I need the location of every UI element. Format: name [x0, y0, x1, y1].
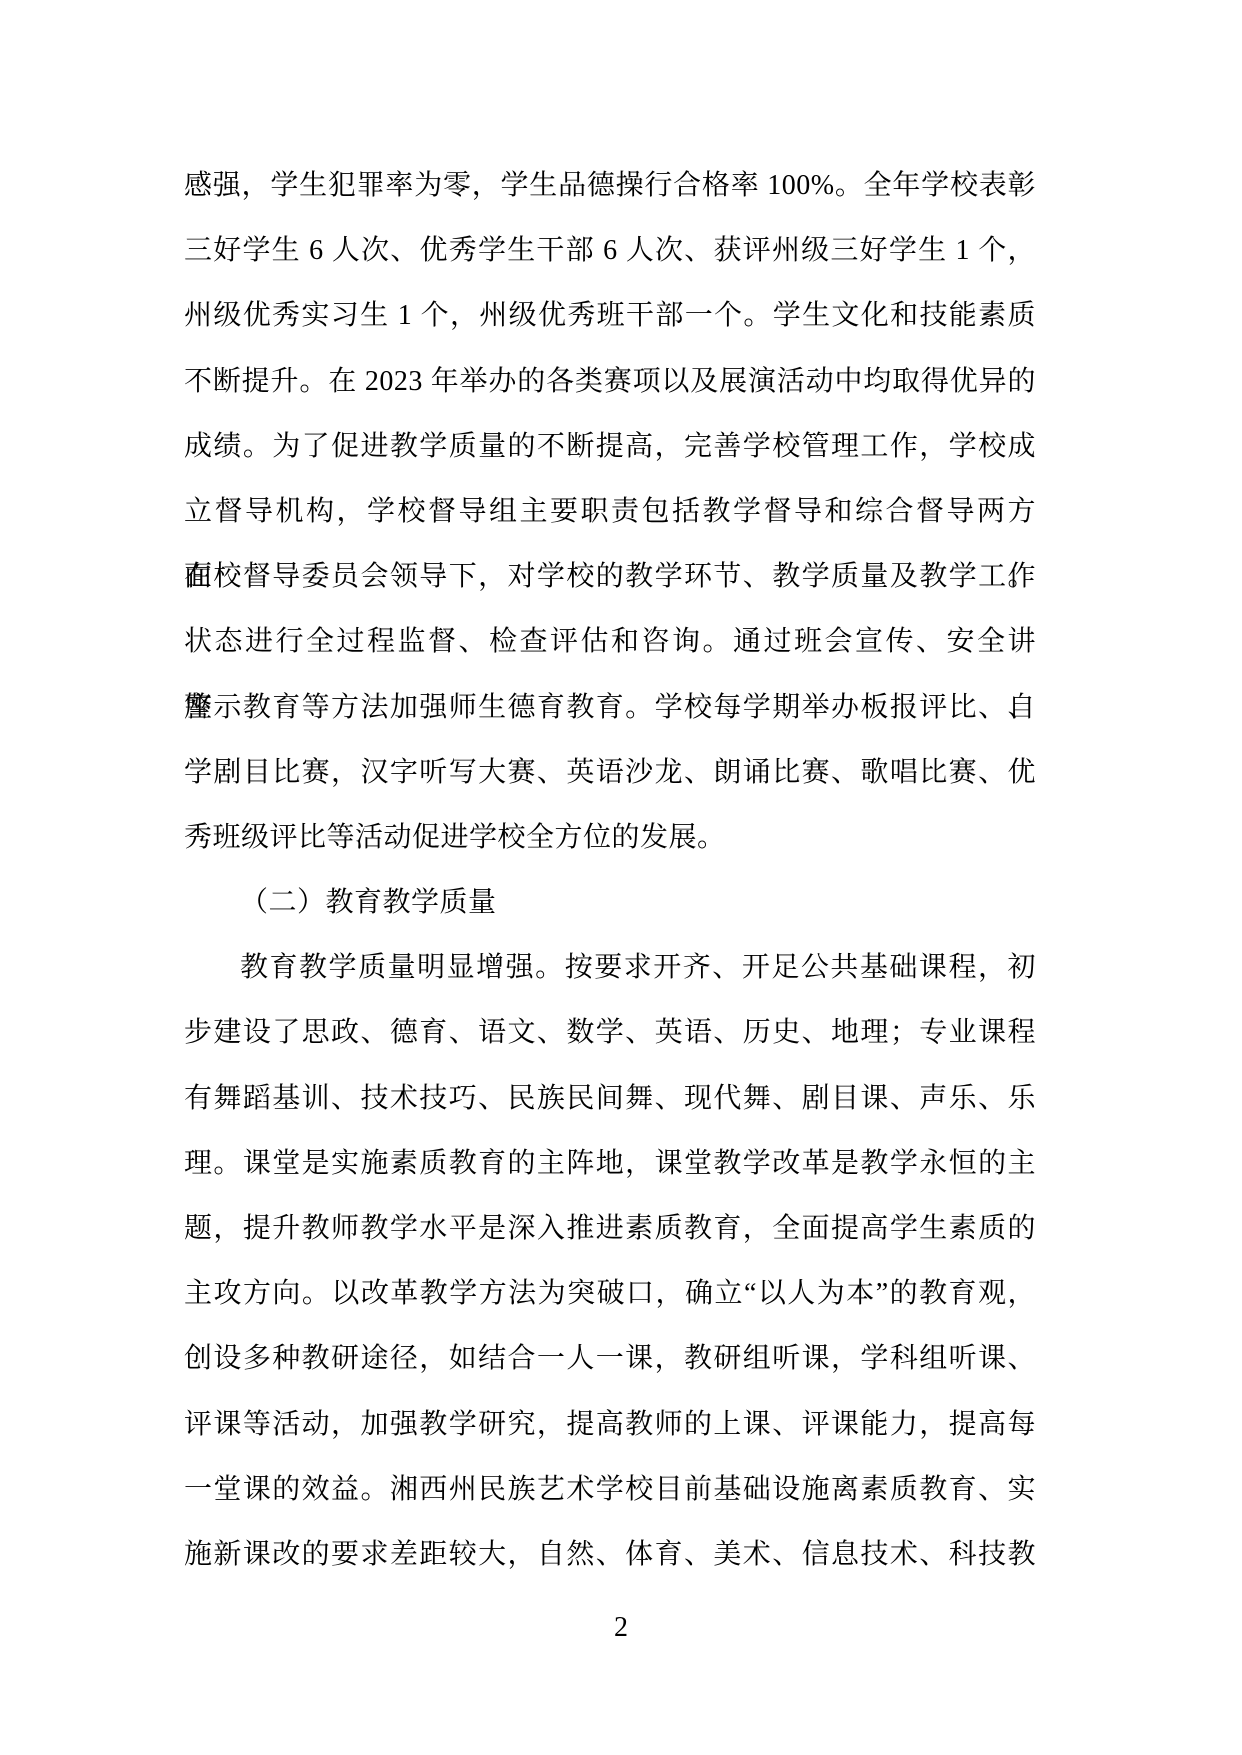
text-line: 不断提升。在 2023 年举办的各类赛项以及展演活动中均取得优异的 — [184, 349, 1036, 414]
text-line: 教育教学质量明显增强。按要求开齐、开足公共基础课程，初 — [184, 935, 1036, 1000]
text-line: 步建设了思政、德育、语文、数学、英语、历史、地理；专业课程 — [184, 1000, 1036, 1065]
text-line: 理。课堂是实施素质教育的主阵地，课堂教学改革是教学永恒的主 — [184, 1131, 1036, 1196]
text-line: 警示教育等方法加强师生德育教育。学校每学期举办板报评比、自 — [184, 675, 1036, 740]
text-line: 三好学生 6 人次、优秀学生干部 6 人次、获评州级三好学生 1 个， — [184, 218, 1036, 283]
text-line: 施新课改的要求差距较大，自然、体育、美术、信息技术、科技教 — [184, 1522, 1036, 1587]
text-line: 评课等活动，加强教学研究，提高教师的上课、评课能力，提高每 — [184, 1392, 1036, 1457]
text-line: 主攻方向。以改革教学方法为突破口，确立“以人为本”的教育观， — [184, 1261, 1036, 1326]
text-line: 题，提升教师教学水平是深入推进素质教育，全面提高学生素质的 — [184, 1196, 1036, 1261]
text-line: 在校督导委员会领导下，对学校的教学环节、教学质量及教学工作 — [184, 544, 1036, 609]
text-line: 立督导机构，学校督导组主要职责包括教学督导和综合督导两方面。 — [184, 479, 1036, 544]
section-heading: （二）教育教学质量 — [184, 870, 1036, 935]
text-line: 州级优秀实习生 1 个，州级优秀班干部一个。学生文化和技能素质 — [184, 283, 1036, 348]
page-number: 2 — [0, 1608, 1242, 1648]
text-line: 一堂课的效益。湘西州民族艺术学校目前基础设施离素质教育、实 — [184, 1457, 1036, 1522]
document-page: 感强，学生犯罪率为零，学生品德操行合格率 100%。全年学校表彰 三好学生 6 … — [0, 0, 1242, 1755]
text-line: 创设多种教研途径，如结合一人一课，教研组听课，学科组听课、 — [184, 1326, 1036, 1391]
text-line: 有舞蹈基训、技术技巧、民族民间舞、现代舞、剧目课、声乐、乐 — [184, 1066, 1036, 1131]
text-block: 感强，学生犯罪率为零，学生品德操行合格率 100%。全年学校表彰 三好学生 6 … — [184, 153, 1036, 1587]
text-line: 成绩。为了促进教学质量的不断提高，完善学校管理工作，学校成 — [184, 414, 1036, 479]
text-line: 感强，学生犯罪率为零，学生品德操行合格率 100%。全年学校表彰 — [184, 153, 1036, 218]
text-line: 学剧目比赛，汉字听写大赛、英语沙龙、朗诵比赛、歌唱比赛、优 — [184, 740, 1036, 805]
text-line: 秀班级评比等活动促进学校全方位的发展。 — [184, 805, 1036, 870]
text-line: 状态进行全过程监督、检查评估和咨询。通过班会宣传、安全讲座、 — [184, 609, 1036, 674]
